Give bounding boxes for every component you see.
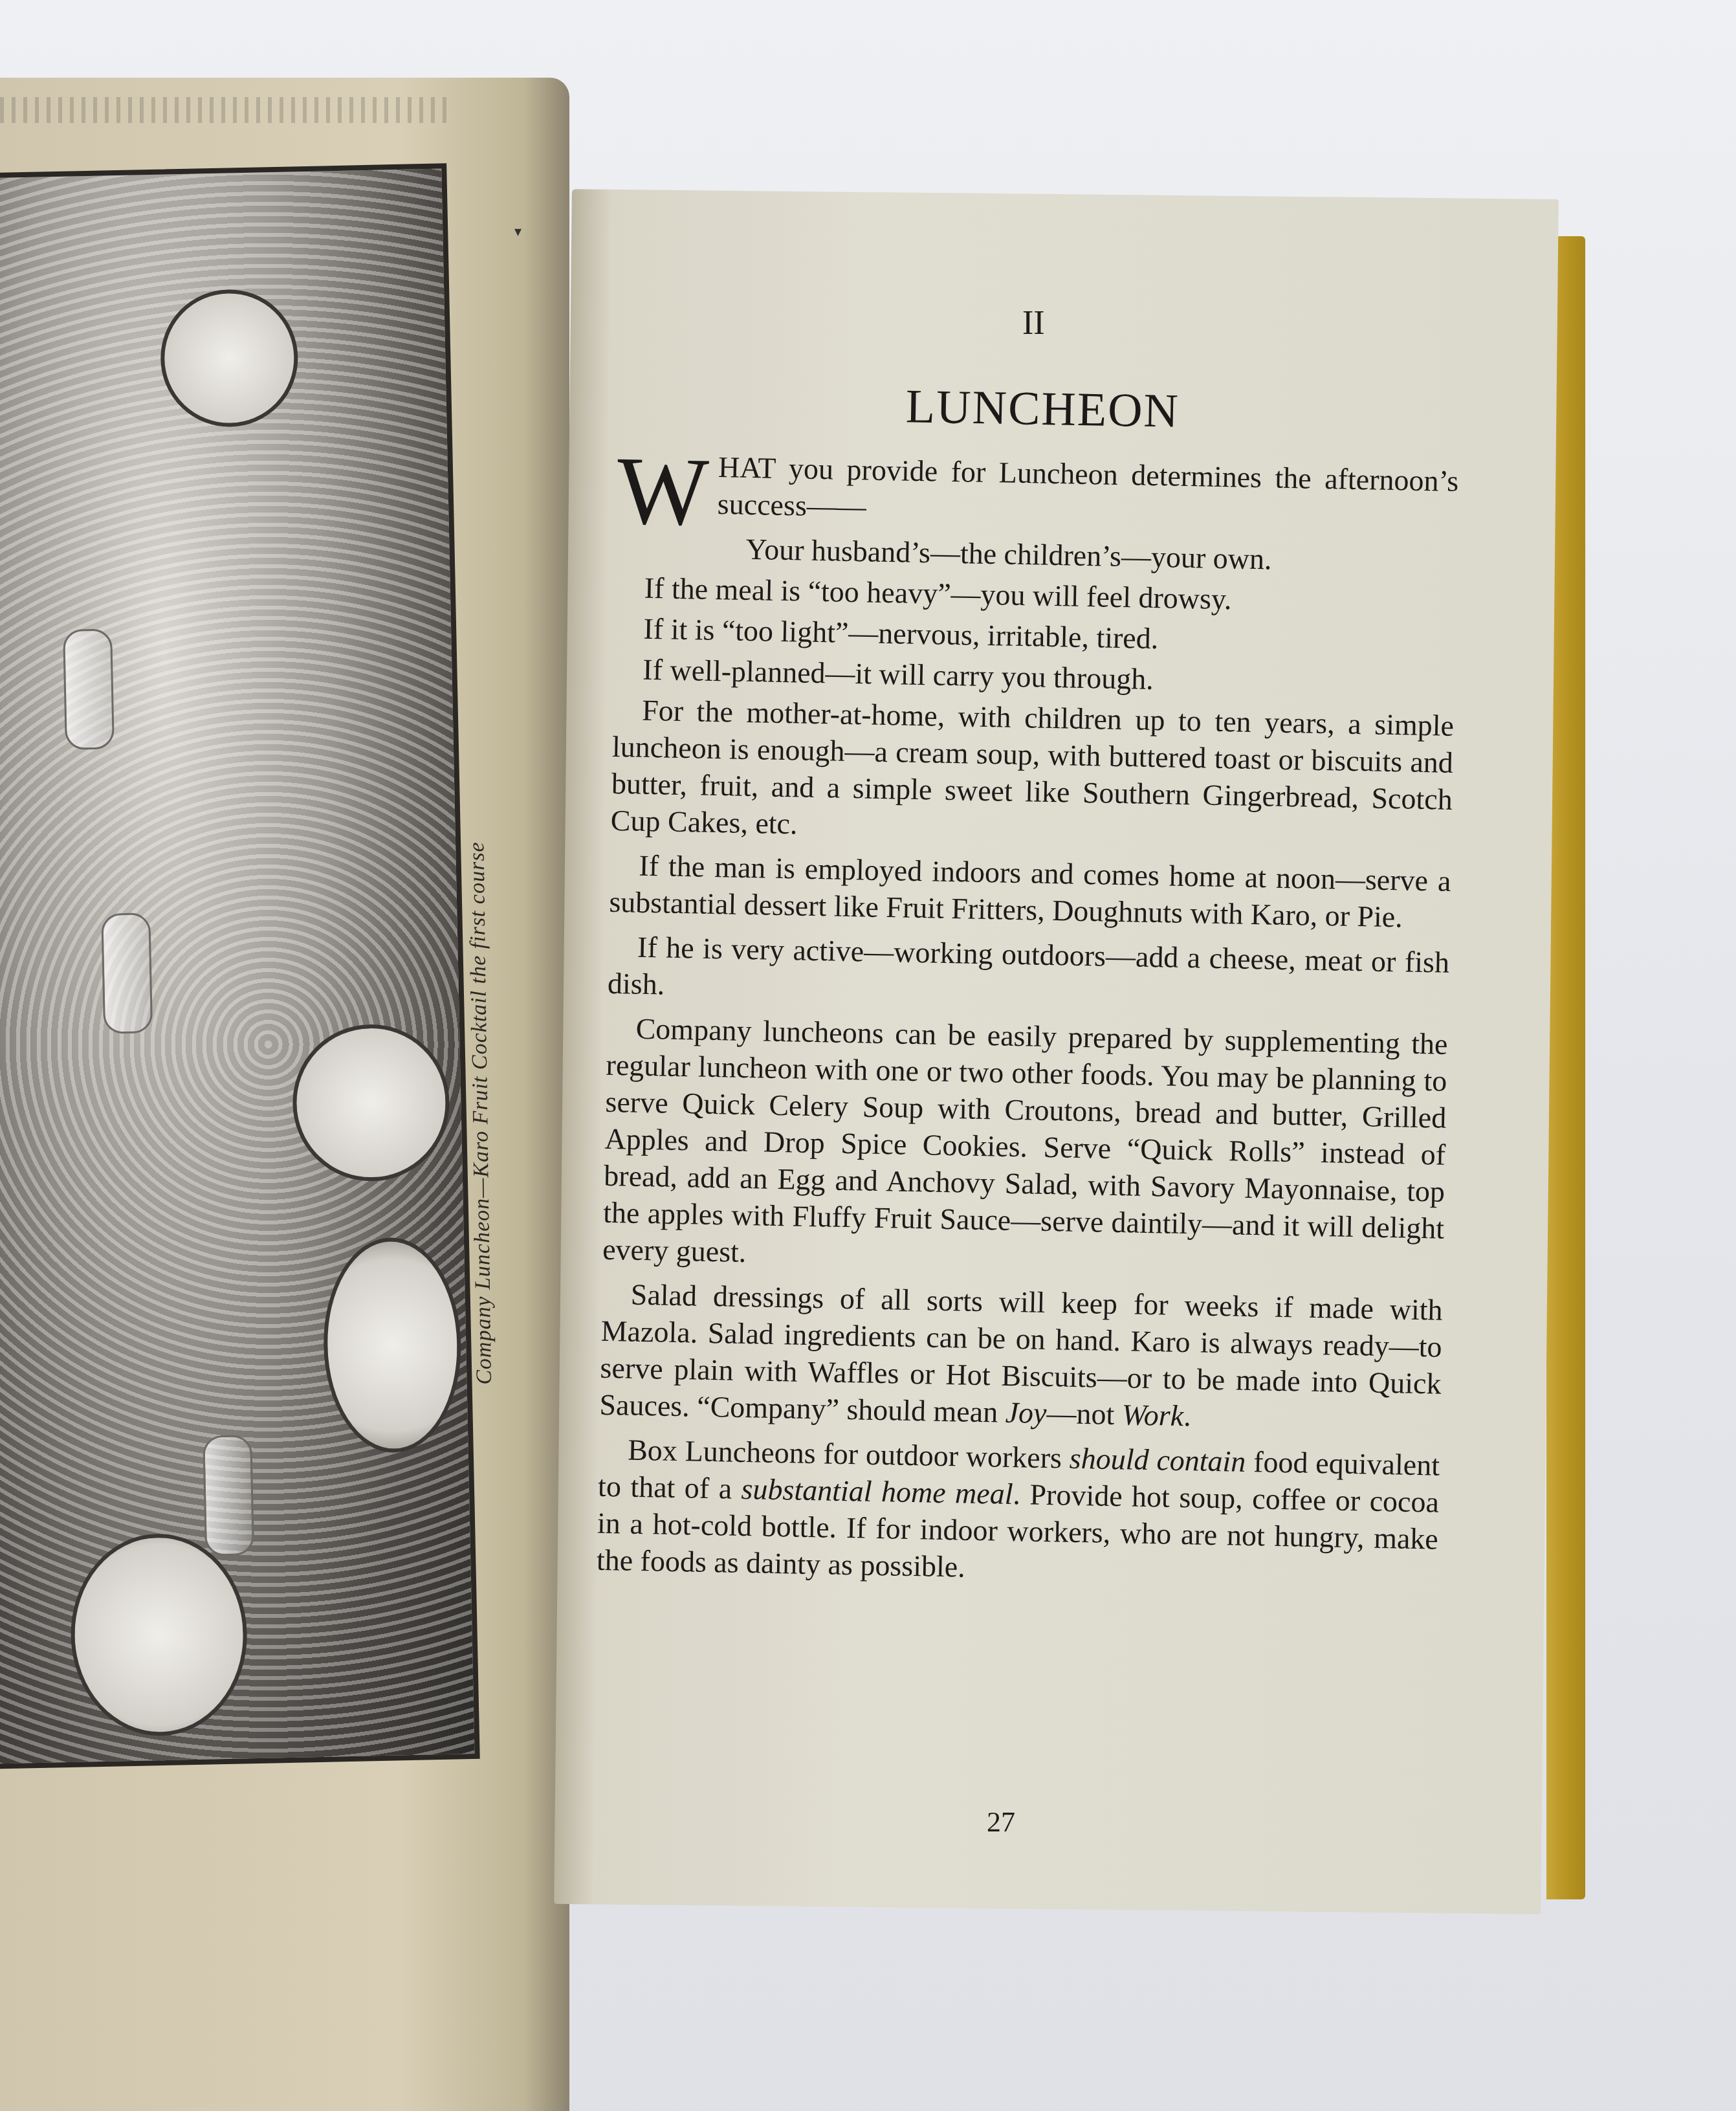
paragraph: Company luncheons can be easily prepared…	[602, 1010, 1448, 1284]
page-mark: ▾	[514, 223, 522, 240]
glass-icon	[63, 628, 115, 750]
emphasis: should contain	[1069, 1442, 1246, 1478]
paragraph-intro: WHAT you provide for Luncheon determines…	[617, 447, 1459, 536]
text-span: Box Luncheons for outdoor workers	[628, 1433, 1070, 1475]
drop-cap: W	[617, 452, 710, 531]
paragraph-salad: Salad dressings of all sorts will keep f…	[599, 1276, 1443, 1439]
paragraph-box-luncheons: Box Luncheons for outdoor workers should…	[596, 1431, 1440, 1595]
intro-lead: HAT	[718, 450, 776, 485]
glass-icon	[203, 1435, 254, 1556]
chapter-number: II	[1022, 304, 1045, 342]
emphasis: substantial home meal	[741, 1472, 1013, 1510]
caption-suffix: the first course	[465, 841, 490, 984]
glass-icon	[101, 912, 153, 1034]
paragraph: If the man is employed indoors and comes…	[609, 846, 1451, 936]
chapter-title: LUNCHEON	[905, 379, 1180, 439]
luncheon-table-photo	[0, 163, 480, 1769]
body-text: WHAT you provide for Luncheon determines…	[596, 447, 1459, 1602]
text-span: .	[1183, 1399, 1191, 1432]
paragraph: For the mother-at-home, with children up…	[610, 691, 1454, 855]
emphasis-joy: Joy	[1005, 1396, 1047, 1430]
emphasis-work: Work	[1121, 1398, 1183, 1432]
intro-text: you provide for Luncheon determines the …	[717, 452, 1458, 524]
page-edge-texture	[0, 97, 453, 123]
page-number: 27	[987, 1806, 1015, 1839]
text-span: —not	[1046, 1397, 1122, 1431]
caption-prefix: Company Luncheon—Karo Fruit Cocktail	[467, 990, 496, 1385]
paragraph: If he is very active—working outdoors—ad…	[608, 928, 1450, 1018]
